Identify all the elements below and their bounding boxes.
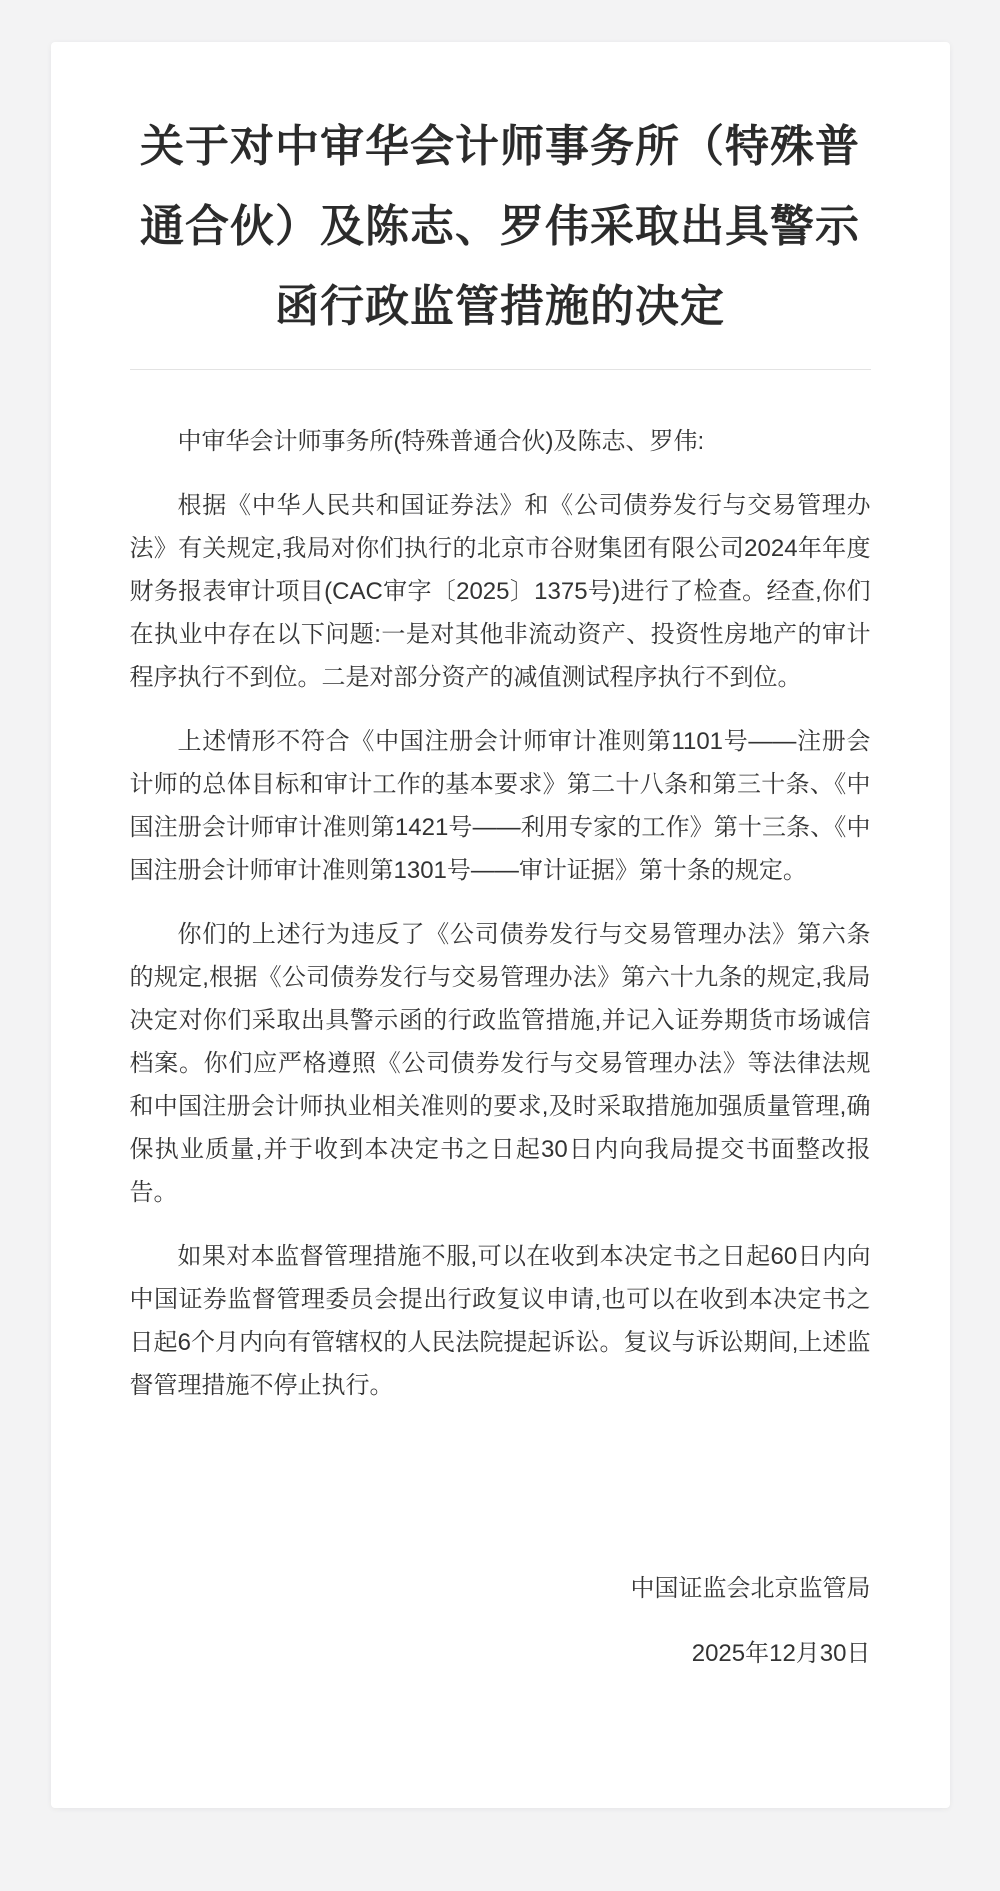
body-paragraph: 根据《中华人民共和国证券法》和《公司债券发行与交易管理办法》有关规定,我局对你们…: [130, 484, 871, 699]
document-body: 中审华会计师事务所(特殊普通合伙)及陈志、罗伟: 根据《中华人民共和国证券法》和…: [130, 420, 871, 1407]
document-title: 关于对中审华会计师事务所（特殊普 通合伙）及陈志、罗伟采取出具警示 函行政监管措…: [130, 107, 871, 347]
body-paragraph: 上述情形不符合《中国注册会计师审计准则第1101号——注册会计师的总体目标和审计…: [130, 720, 871, 892]
document-card: 关于对中审华会计师事务所（特殊普 通合伙）及陈志、罗伟采取出具警示 函行政监管措…: [51, 42, 950, 1808]
body-paragraph: 你们的上述行为违反了《公司债券发行与交易管理办法》第六条的规定,根据《公司债券发…: [130, 913, 871, 1214]
salutation-paragraph: 中审华会计师事务所(特殊普通合伙)及陈志、罗伟:: [130, 420, 871, 463]
signature-date: 2025年12月30日: [130, 1632, 871, 1675]
title-divider: [130, 369, 871, 370]
signature-issuer: 中国证监会北京监管局: [130, 1567, 871, 1610]
signature-block: 中国证监会北京监管局 2025年12月30日: [130, 1567, 871, 1675]
body-paragraph: 如果对本监督管理措施不服,可以在收到本决定书之日起60日内向中国证券监督管理委员…: [130, 1235, 871, 1407]
